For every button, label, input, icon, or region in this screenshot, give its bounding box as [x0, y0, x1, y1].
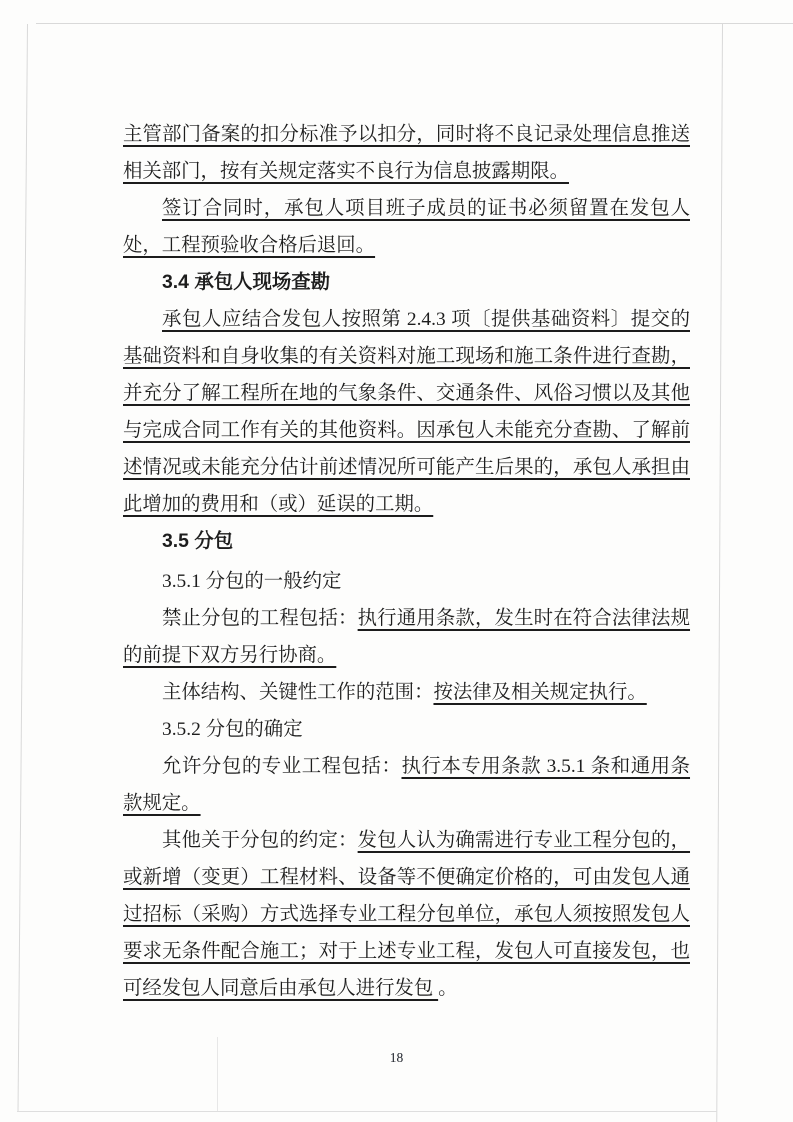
underlined-fill-in-text: 承包人应结合发包人按照第 2.4.3 项〔提供基础资料〕提交的基础资料和自身收集…: [123, 309, 690, 515]
text-segment: 3.5 分包: [162, 530, 233, 552]
text-segment: 主体结构、关键性工作的范围：: [162, 682, 433, 703]
paragraph: 禁止分包的工程包括：执行通用条款，发生时在符合法律法规的前提下双方另行协商。: [123, 600, 690, 674]
underlined-fill-in-text: 按法律及相关规定执行。: [433, 682, 646, 703]
section-heading: 3.5.2 分包的确定: [123, 711, 690, 748]
text-segment: 其他关于分包的约定：: [162, 830, 358, 851]
section-heading: 3.4 承包人现场查勘: [123, 264, 690, 301]
document-body: 主管部门备案的扣分标准予以扣分，同时将不良记录处理信息推送相关部门，按有关规定落…: [123, 116, 690, 1007]
paragraph: 主体结构、关键性工作的范围：按法律及相关规定执行。: [123, 674, 690, 711]
underlined-fill-in-text: 签订合同时，承包人项目班子成员的证书必须留置在发包人处，工程预验收合格后退回。: [123, 198, 690, 256]
page-number: 18: [0, 1050, 793, 1066]
scanned-document: { "document": { "colors": { "ink": "#1d1…: [0, 0, 793, 1122]
scan-edge-left-line: [18, 24, 28, 1111]
paragraph: 允许分包的专业工程包括：执行本专用条款 3.5.1 条和通用条款规定。: [123, 748, 690, 822]
paragraph: 其他关于分包的约定：发包人认为确需进行专业工程分包的，或新增（变更）工程材料、设…: [123, 822, 690, 1007]
paragraph: 签订合同时，承包人项目班子成员的证书必须留置在发包人处，工程预验收合格后退回。: [123, 190, 690, 264]
underlined-fill-in-text: 发包人认为确需进行专业工程分包的，或新增（变更）工程材料、设备等不便确定价格的，…: [123, 830, 690, 999]
paragraph: 承包人应结合发包人按照第 2.4.3 项〔提供基础资料〕提交的基础资料和自身收集…: [123, 301, 690, 523]
text-segment: 3.5.2 分包的确定: [162, 719, 303, 740]
section-heading: 3.5.1 分包的一般约定: [123, 563, 690, 600]
document-page: 主管部门备案的扣分标准予以扣分，同时将不良记录处理信息推送相关部门，按有关规定落…: [0, 0, 793, 1122]
scan-fold-artifact: [217, 1037, 218, 1111]
text-segment: 3.5.1 分包的一般约定: [162, 571, 341, 592]
scan-edge-right-line: [716, 24, 723, 1122]
text-segment: 3.4 承包人现场查勘: [162, 271, 330, 293]
section-heading: 3.5 分包: [123, 523, 690, 560]
text-segment: 禁止分包的工程包括：: [162, 608, 358, 629]
scan-edge-bottom-line: [17, 1111, 717, 1112]
text-segment: 。: [438, 978, 457, 999]
scan-edge-top-line: [36, 23, 793, 24]
paragraph: 主管部门备案的扣分标准予以扣分，同时将不良记录处理信息推送相关部门，按有关规定落…: [123, 116, 690, 190]
text-segment: 允许分包的专业工程包括：: [162, 756, 401, 777]
underlined-fill-in-text: 主管部门备案的扣分标准予以扣分，同时将不良记录处理信息推送相关部门，按有关规定落…: [123, 124, 690, 182]
